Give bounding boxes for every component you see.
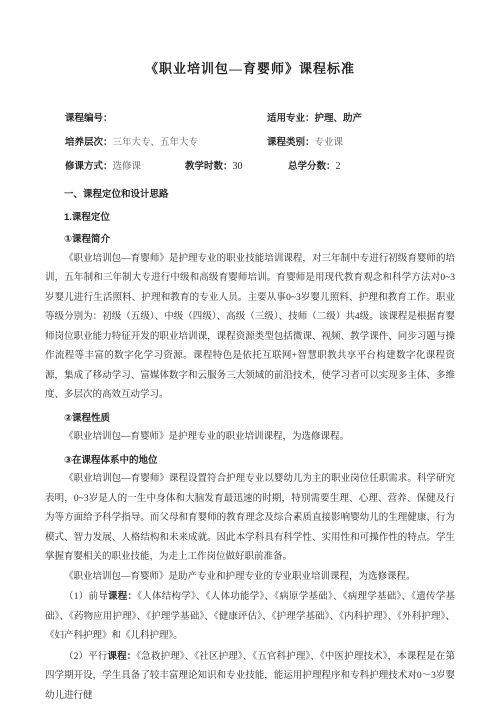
paragraph-course-nature: 《职业培训包—育婴师》是护理专业的职业培训课程，为选修课程。 <box>45 428 455 448</box>
field-course-category: 课程类别：专业课 <box>267 131 343 155</box>
field-total-credits: 总学分数：2 <box>288 155 341 179</box>
paragraph-parallel-courses: （2）平行课程：《急救护理》、《社区护理》、《五官科护理》、《中医护理技术》，本… <box>45 647 455 707</box>
field-applicable-major-label: 适用专业： <box>267 113 315 124</box>
subsection-heading-course-positioning: 1.课程定位 <box>45 208 455 228</box>
meta-row-2: 培养层次：三年大专、五年大专 课程类别：专业课 <box>45 131 455 155</box>
field-course-code: 课程编号： <box>65 107 267 131</box>
field-course-code-label: 课程编号： <box>65 113 113 124</box>
field-applicable-major-value: 护理、助产 <box>315 113 363 124</box>
meta-row-3: 修课方式：选修课 教学时数：30 总学分数：2 <box>45 155 455 179</box>
field-course-mode-value: 选修课 <box>113 162 142 172</box>
field-course-mode: 修课方式：选修课 <box>65 155 185 179</box>
heading-course-position: ③在课程体系中的地位 <box>45 451 455 471</box>
field-course-mode-label: 修课方式： <box>65 161 113 172</box>
field-course-category-value: 专业课 <box>315 138 344 148</box>
paragraph-course-role: 《职业培训包—育婴师》是助产专业和护理专业的专业职业培训课程，为选修课程。 <box>45 568 455 588</box>
field-teaching-hours: 教学时数：30 <box>185 155 288 179</box>
document-page: 《职业培训包—育婴师》课程标准 课程编号： 适用专业：护理、助产 培养层次：三年… <box>0 0 500 707</box>
document-body: 一、课程定位和设计思路 1.课程定位 ①课程简介 《职业培训包—育婴师》是护理专… <box>45 185 455 706</box>
section-heading-1: 一、课程定位和设计思路 <box>45 185 455 205</box>
field-total-credits-label: 总学分数： <box>288 161 336 172</box>
field-training-level-value: 三年大专、五年大专 <box>113 138 199 148</box>
field-teaching-hours-label: 教学时数： <box>185 161 233 172</box>
field-training-level: 培养层次：三年大专、五年大专 <box>65 131 267 155</box>
heading-course-nature: ②课程性质 <box>45 409 455 429</box>
paragraph-course-position: 《职业培训包—育婴师》课程设置符合护理专业以婴幼儿为主的职业岗位任职需求。科学研… <box>45 470 455 568</box>
paragraph-course-intro: 《职业培训包—育婴师》是护理专业的职业技能培训课程，对三年制中专进行初级育婴师的… <box>45 250 455 406</box>
field-course-category-label: 课程类别： <box>267 137 315 148</box>
document-title: 《职业培训包—育婴师》课程标准 <box>45 58 455 77</box>
meta-row-1: 课程编号： 适用专业：护理、助产 <box>45 107 455 131</box>
meta-fields: 课程编号： 适用专业：护理、助产 培养层次：三年大专、五年大专 课程类别：专业课… <box>45 107 455 179</box>
paragraph-preceding-courses: （1）前导课程：《人体结构学》、《人体功能学》、《病原学基础》、《病理学基础》、… <box>45 587 455 647</box>
parallel-courses-prefix: （2）平行 <box>64 652 107 662</box>
preceding-courses-label: 课程： <box>108 591 137 602</box>
field-training-level-label: 培养层次： <box>65 137 113 148</box>
parallel-courses-label: 课程： <box>107 651 136 662</box>
heading-course-intro: ①课程简介 <box>45 230 455 250</box>
field-teaching-hours-value: 30 <box>233 161 243 172</box>
preceding-courses-prefix: （1）前导 <box>64 592 108 602</box>
field-total-credits-value: 2 <box>336 161 341 172</box>
field-applicable-major: 适用专业：护理、助产 <box>267 107 362 131</box>
